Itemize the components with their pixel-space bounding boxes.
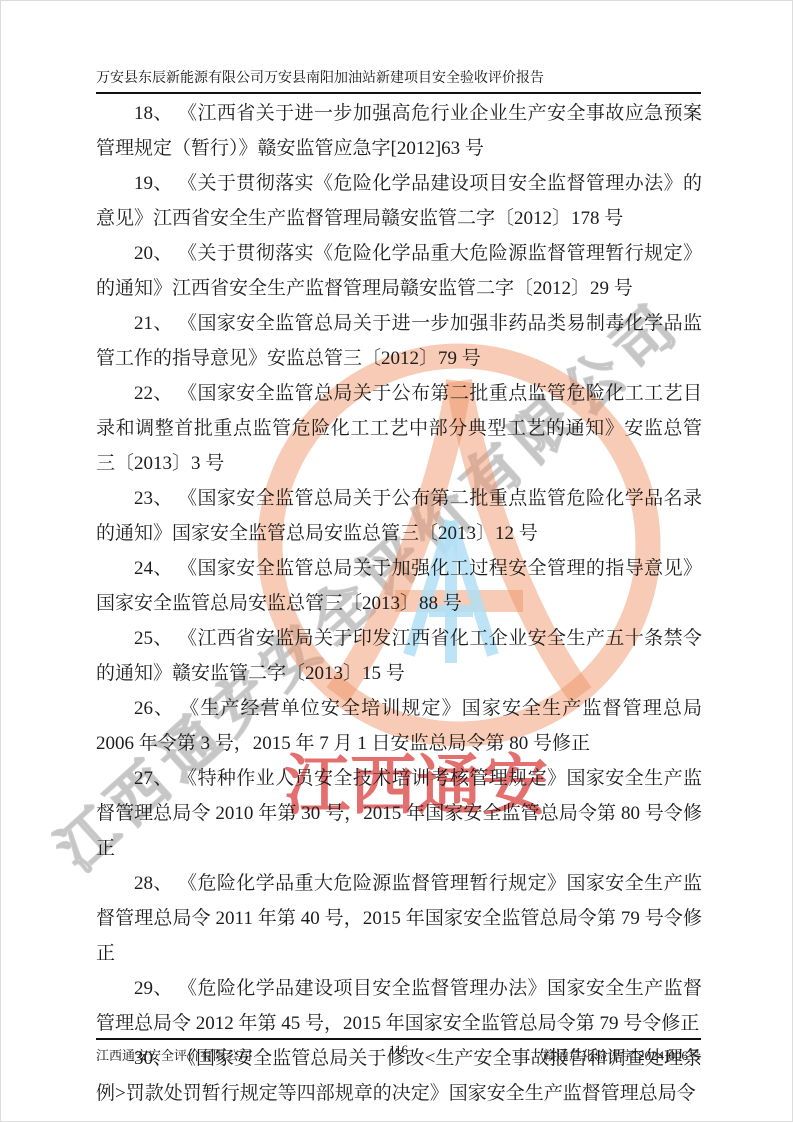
regulation-item-21: 21、 《国家安全监管总局关于进一步加强非药品类易制毒化学品监管工作的指导意见》… [96,306,702,376]
header-title: 万安县东辰新能源有限公司万安县南阳加油站新建项目安全验收评价报告 [96,67,701,87]
regulation-item-29: 29、 《危险化学品建设项目安全监督管理办法》国家安全生产监督管理总局令 201… [96,971,702,1041]
regulation-item-22: 22、 《国家安全监管总局关于公布第二批重点监管危险化工工艺目录和调整首批重点监… [96,376,702,481]
regulation-item-24: 24、 《国家安全监管总局关于加强化工过程安全管理的指导意见》国家安全监管总局安… [96,551,702,621]
regulation-item-26: 26、 《生产经营单位安全培训规定》国家安全生产监督管理总局 2006 年令第 … [96,691,702,761]
regulation-item-28: 28、 《危险化学品重大危险源监督管理暂行规定》国家安全生产监督管理总局令 20… [96,866,702,971]
report-page: 江西通安安全评价有限公司 江西通安 万安县东辰新能源有限公司万安县南阳加油站新建… [0,0,793,1122]
regulation-list: 18、 《江西省关于进一步加强高危行业企业生产安全事故应急预案管理规定（暂行）》… [96,96,702,1111]
regulation-item-20: 20、 《关于贯彻落实《危险化学品重大危险源监督管理暂行规定》的通知》江西省安全… [96,236,702,306]
footer-company-name: 江西通安安全评价有限公司 [96,1045,252,1064]
footer-rule [96,1038,701,1040]
header-rule [96,92,701,94]
regulation-item-27: 27、 《特种作业人员安全技术培训考核管理规定》国家安全生产监督管理总局令 20… [96,761,702,866]
document-content: 万安县东辰新能源有限公司万安县南阳加油站新建项目安全验收评价报告 18、 《江西… [1,1,792,1121]
regulation-item-23: 23、 《国家安全监管总局关于公布第二批重点监管危险化学品名录的通知》国家安全监… [96,481,702,551]
regulation-item-18: 18、 《江西省关于进一步加强高危行业企业生产安全事故应急预案管理规定（暂行）》… [96,96,702,166]
regulation-item-25: 25、 《江西省安监局关于印发江西省化工企业安全生产五十条禁令的通知》赣安监管二… [96,621,702,691]
footer-document-number: 赣通危化验评字[2024]006号 [543,1045,701,1064]
regulation-item-19: 19、 《关于贯彻落实《危险化学品建设项目安全监督管理办法》的意见》江西省安全生… [96,166,702,236]
